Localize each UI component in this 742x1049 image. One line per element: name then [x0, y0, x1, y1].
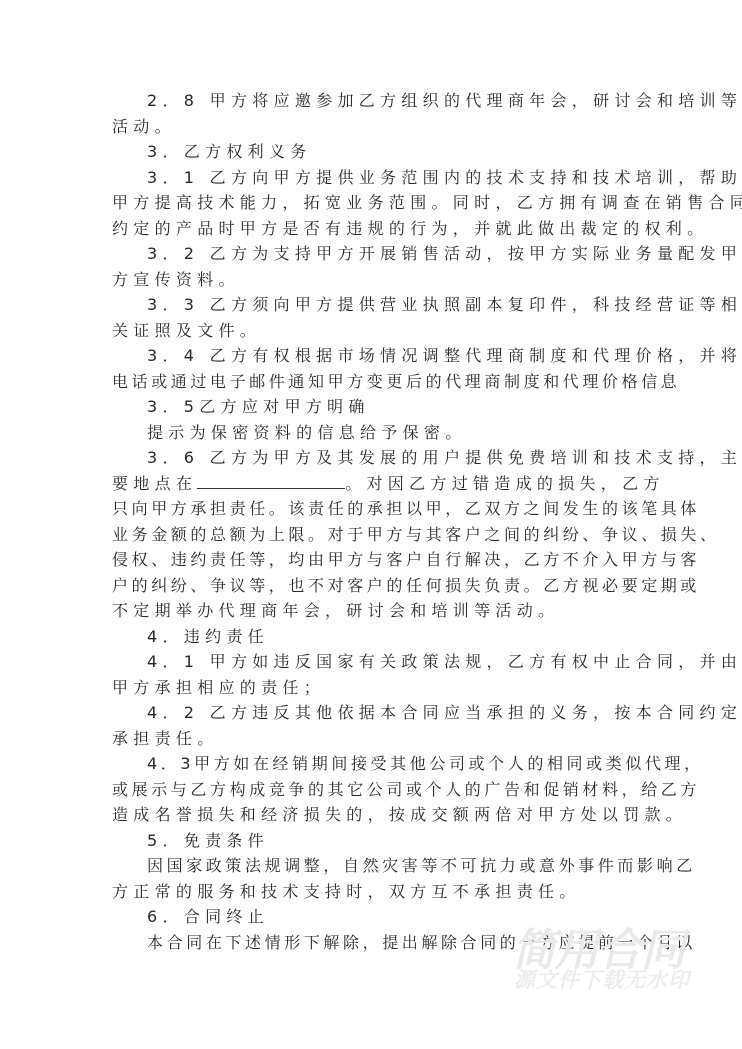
- clause-3-3-line-1: 3．3 乙方须向甲方提供营业执照副本复印件，科技经营证等相: [112, 292, 632, 318]
- clause-4-3-line-2: 或展示与乙方构成竞争的其它公司或个人的广告和促销材料，给乙方: [112, 777, 632, 803]
- clause-2-8-line-1: 2．8 甲方将应邀参加乙方组织的代理商年会，研讨会和培训等: [112, 88, 632, 114]
- section-3-heading: 3．乙方权利义务: [112, 139, 632, 165]
- document-page: 2．8 甲方将应邀参加乙方组织的代理商年会，研讨会和培训等 活动。 3．乙方权利…: [0, 0, 742, 1049]
- clause-3-1-line-2: 甲方提高技术能力，拓宽业务范围。同时，乙方拥有调查在销售合同: [112, 190, 632, 216]
- clause-4-3-line-1: 4．3甲方如在经销期间接受其他公司或个人的相同或类似代理，: [112, 751, 632, 777]
- clause-2-8-line-2: 活动。: [112, 114, 632, 140]
- clause-4-3-line-3: 造成名誉损失和经济损失的，按成交额两倍对甲方处以罚款。: [112, 802, 632, 828]
- clause-3-5-line-2: 提示为保密资料的信息给予保密。: [112, 420, 632, 446]
- section-5-heading: 5．免责条件: [112, 828, 632, 854]
- location-label: 要地点在: [112, 474, 197, 493]
- clause-4-1-line-2: 甲方承担相应的责任；: [112, 675, 632, 701]
- clause-4-2-line-2: 承担责任。: [112, 726, 632, 752]
- clause-3-6-line-7: 不定期举办代理商年会，研讨会和培训等活动。: [112, 598, 632, 624]
- clause-3-3-line-2: 关证照及文件。: [112, 318, 632, 344]
- contract-body: 2．8 甲方将应邀参加乙方组织的代理商年会，研讨会和培训等 活动。 3．乙方权利…: [112, 88, 632, 955]
- clause-3-6-line-3: 只向甲方承担责任。该责任的承担以甲，乙双方之间发生的该笔具体: [112, 496, 632, 522]
- section-5-line-2: 方正常的服务和技术支持时，双方互不承担责任。: [112, 879, 632, 905]
- clause-3-6-line-6: 户的纠纷、争议等，也不对客户的任何损失负责。乙方视必要定期或: [112, 573, 632, 599]
- location-blank-field[interactable]: [197, 474, 345, 489]
- clause-3-1-line-3: 约定的产品时甲方是否有违规的行为，并就此做出裁定的权利。: [112, 216, 632, 242]
- section-4-heading: 4．违约责任: [112, 624, 632, 650]
- clause-3-2-line-1: 3．2 乙方为支持甲方开展销售活动，按甲方实际业务量配发甲: [112, 241, 632, 267]
- clause-3-6-line-1: 3．6 乙方为甲方及其发展的用户提供免费培训和技术支持，主: [112, 445, 632, 471]
- clause-3-2-line-2: 方宣传资料。: [112, 267, 632, 293]
- clause-3-6-line-2-rest: 。对因乙方过错造成的损失，乙方: [345, 474, 665, 493]
- clause-3-6-line-4: 业务金额的总额为上限。对于甲方与其客户之间的纠纷、争议、损失、: [112, 522, 632, 548]
- clause-3-6-line-2: 要地点在。对因乙方过错造成的损失，乙方: [112, 471, 632, 497]
- clause-3-4-line-2: 电话或通过电子邮件通知甲方变更后的代理商制度和代理价格信息: [112, 369, 632, 395]
- clause-3-4-line-1: 3．4 乙方有权根据市场情况调整代理商制度和代理价格，并将: [112, 343, 632, 369]
- clause-4-1-line-1: 4．1 甲方如违反国家有关政策法规，乙方有权中止合同，并由: [112, 649, 632, 675]
- clause-3-1-line-1: 3．1 乙方向甲方提供业务范围内的技术支持和技术培训，帮助: [112, 165, 632, 191]
- clause-4-2-line-1: 4．2 乙方违反其他依据本合同应当承担的义务，按本合同约定: [112, 700, 632, 726]
- clause-3-6-line-5: 侵权、违约责任等，均由甲方与客户自行解决，乙方不介入甲方与客: [112, 547, 632, 573]
- clause-3-5-line-1: 3．5乙方应对甲方明确: [112, 394, 632, 420]
- section-5-line-1: 因国家政策法规调整，自然灾害等不可抗力或意外事件而影响乙: [112, 853, 632, 879]
- watermark-tagline: 源文件下载无水印: [514, 964, 690, 994]
